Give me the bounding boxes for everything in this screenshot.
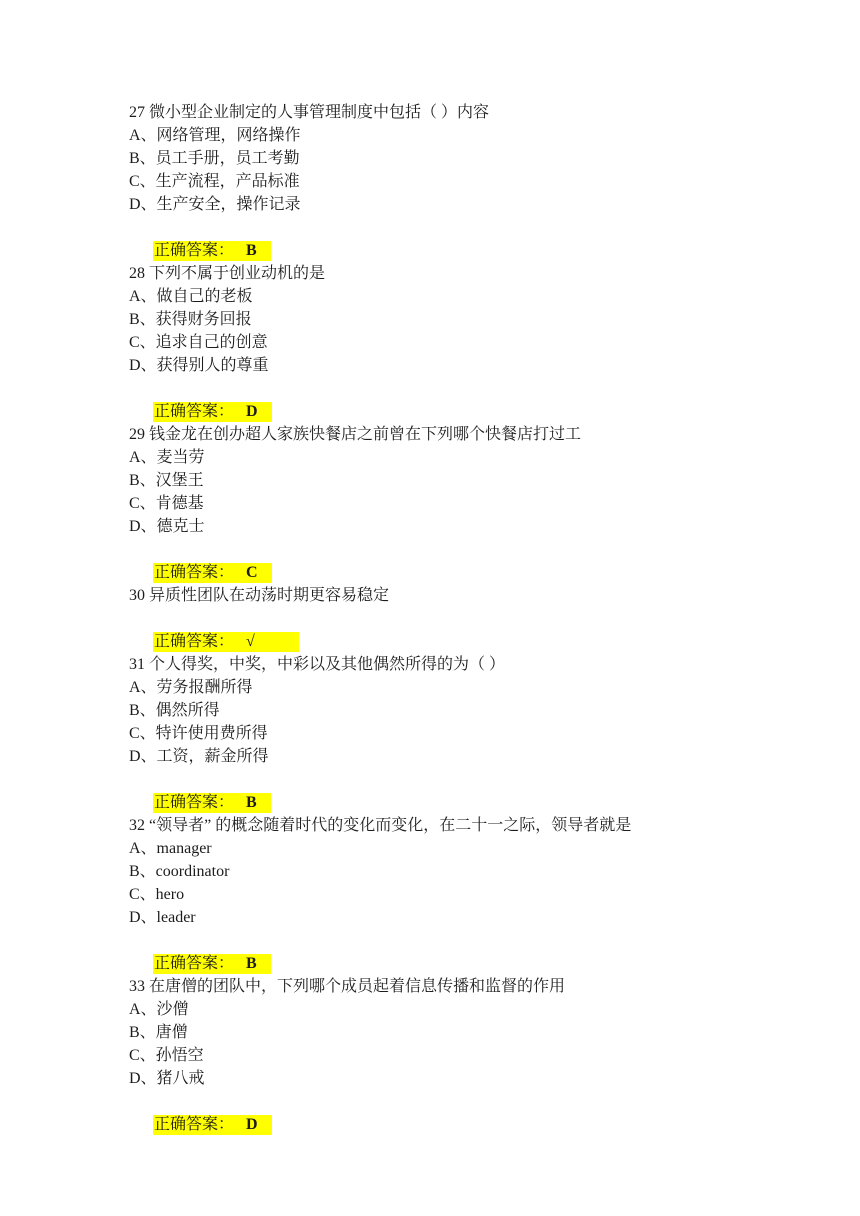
answer-highlight: 正确答案：D (153, 1115, 272, 1135)
answer-highlight: 正确答案：C (153, 563, 272, 583)
answer-value: D (246, 403, 258, 420)
answer-line: 正确答案：B (129, 768, 809, 791)
question-title: 30 异质性团队在动荡时期更容易稳定 (129, 584, 809, 607)
question-title: 28 下列不属于创业动机的是 (129, 262, 809, 285)
answer-highlight: 正确答案：D (153, 402, 272, 422)
document-page: 27 微小型企业制定的人事管理制度中包括（ ）内容 A、网络管理，网络操作 B、… (0, 0, 860, 1216)
answer-highlight: 正确答案：B (153, 793, 271, 813)
answer-highlight: 正确答案：B (153, 241, 271, 261)
option-line: A、做自己的老板 (129, 285, 809, 308)
option-line: C、追求自己的创意 (129, 331, 809, 354)
option-line: D、leader (129, 906, 809, 929)
option-line: A、网络管理，网络操作 (129, 124, 809, 147)
question-block: 28 下列不属于创业动机的是 A、做自己的老板 B、获得财务回报 C、追求自己的… (129, 262, 809, 400)
answer-value: C (246, 564, 258, 581)
question-title: 27 微小型企业制定的人事管理制度中包括（ ）内容 (129, 101, 809, 124)
option-line: B、获得财务回报 (129, 308, 809, 331)
option-line: C、生产流程，产品标准 (129, 170, 809, 193)
option-line: D、猪八戒 (129, 1067, 809, 1090)
option-line: D、获得别人的尊重 (129, 354, 809, 377)
option-line: C、hero (129, 883, 809, 906)
answer-line: 正确答案：B (129, 216, 809, 239)
answer-line: 正确答案：√ (129, 607, 809, 630)
option-line: B、coordinator (129, 860, 809, 883)
answer-value: D (246, 1116, 258, 1133)
option-line: B、员工手册，员工考勤 (129, 147, 809, 170)
option-line: B、偶然所得 (129, 699, 809, 722)
answer-label: 正确答案： (154, 1116, 234, 1133)
question-block: 29 钱金龙在创办超人家族快餐店之前曾在下列哪个快餐店打过工 A、麦当劳 B、汉… (129, 423, 809, 561)
answer-line: 正确答案：D (129, 1090, 809, 1113)
question-block: 33 在唐僧的团队中，下列哪个成员起着信息传播和监督的作用 A、沙僧 B、唐僧 … (129, 975, 809, 1113)
answer-line: 正确答案：D (129, 377, 809, 400)
answer-label: 正确答案： (154, 633, 234, 650)
answer-label: 正确答案： (154, 403, 234, 420)
answer-label: 正确答案： (154, 794, 234, 811)
question-title: 33 在唐僧的团队中，下列哪个成员起着信息传播和监督的作用 (129, 975, 809, 998)
option-line: A、劳务报酬所得 (129, 676, 809, 699)
answer-value: B (246, 955, 257, 972)
answer-highlight: 正确答案：√ (153, 632, 299, 652)
question-title: 32 “领导者” 的概念随着时代的变化而变化，在二十一之际，领导者就是 (129, 814, 809, 837)
question-title: 31 个人得奖，中奖，中彩以及其他偶然所得的为（ ） (129, 653, 809, 676)
answer-value: B (246, 794, 257, 811)
answer-line: 正确答案：B (129, 929, 809, 952)
option-line: C、肯德基 (129, 492, 809, 515)
option-line: C、孙悟空 (129, 1044, 809, 1067)
question-block: 32 “领导者” 的概念随着时代的变化而变化，在二十一之际，领导者就是 A、ma… (129, 814, 809, 952)
answer-label: 正确答案： (154, 242, 234, 259)
answer-highlight: 正确答案：B (153, 954, 271, 974)
answer-label: 正确答案： (154, 564, 234, 581)
answer-line: 正确答案：C (129, 538, 809, 561)
question-block: 31 个人得奖，中奖，中彩以及其他偶然所得的为（ ） A、劳务报酬所得 B、偶然… (129, 653, 809, 791)
option-line: A、manager (129, 837, 809, 860)
option-line: D、生产安全，操作记录 (129, 193, 809, 216)
quiz-content: 27 微小型企业制定的人事管理制度中包括（ ）内容 A、网络管理，网络操作 B、… (129, 101, 809, 1136)
answer-label: 正确答案： (154, 955, 234, 972)
question-block: 30 异质性团队在动荡时期更容易稳定 正确答案：√ (129, 584, 809, 630)
option-line: D、工资，薪金所得 (129, 745, 809, 768)
option-line: A、麦当劳 (129, 446, 809, 469)
option-line: B、汉堡王 (129, 469, 809, 492)
answer-value: √ (246, 633, 255, 650)
question-title: 29 钱金龙在创办超人家族快餐店之前曾在下列哪个快餐店打过工 (129, 423, 809, 446)
option-line: A、沙僧 (129, 998, 809, 1021)
answer-value: B (246, 242, 257, 259)
option-line: C、特许使用费所得 (129, 722, 809, 745)
option-line: B、唐僧 (129, 1021, 809, 1044)
question-block: 27 微小型企业制定的人事管理制度中包括（ ）内容 A、网络管理，网络操作 B、… (129, 101, 809, 239)
option-line: D、德克士 (129, 515, 809, 538)
